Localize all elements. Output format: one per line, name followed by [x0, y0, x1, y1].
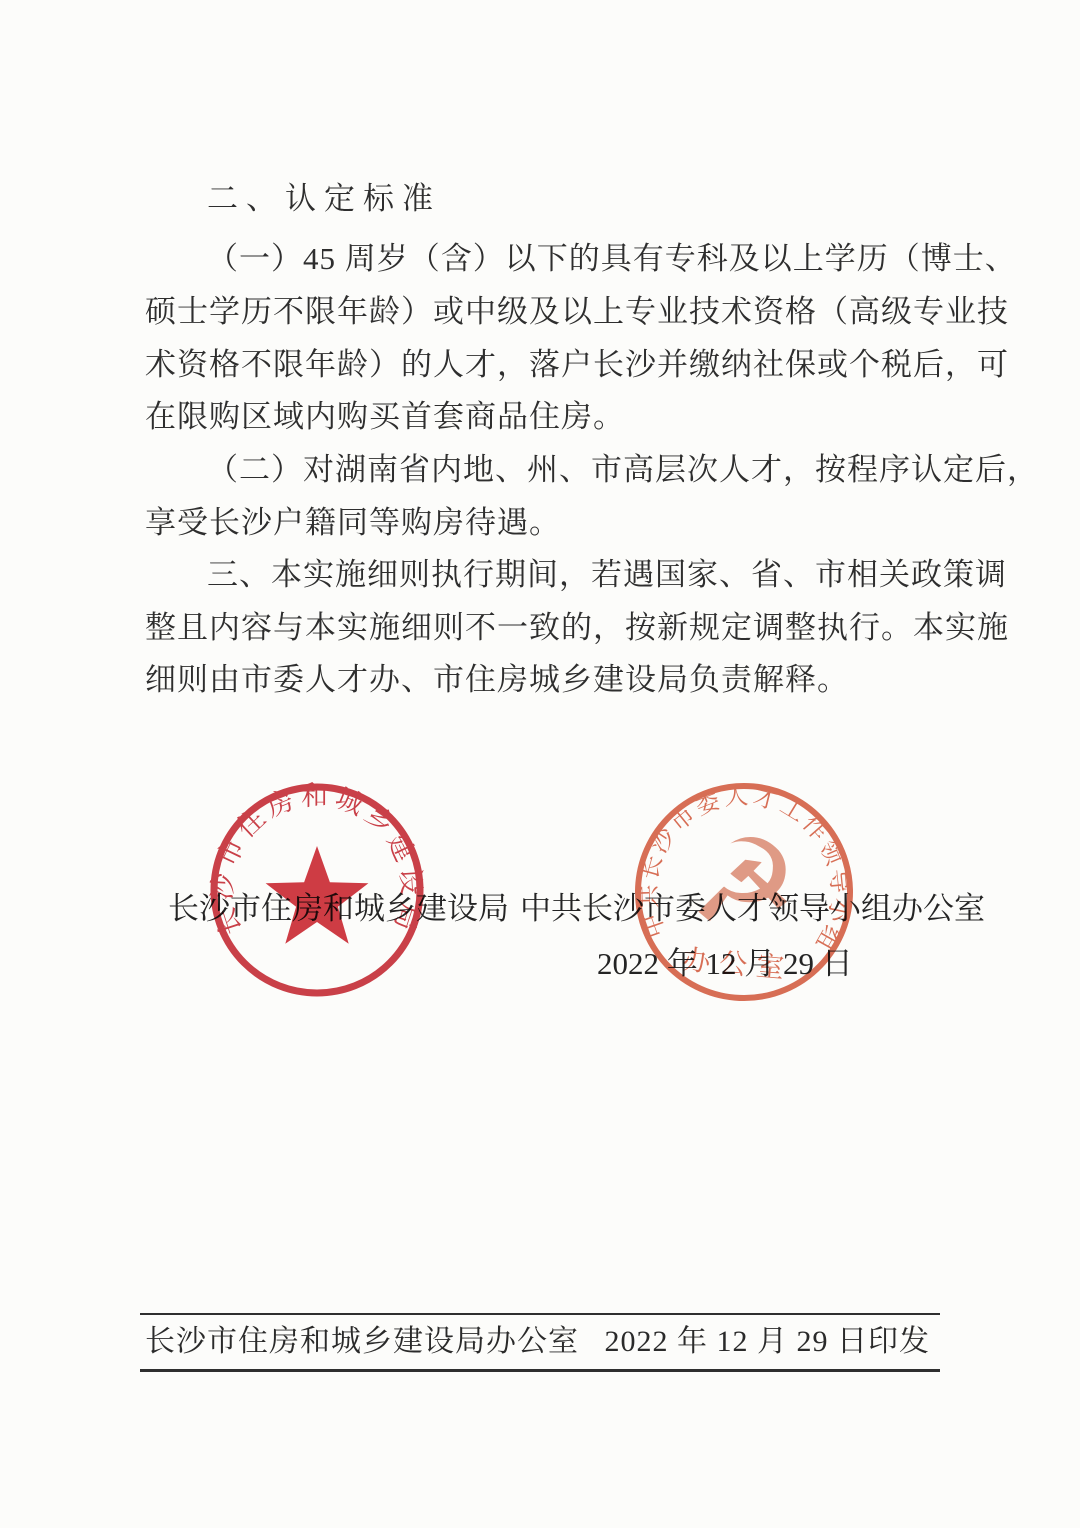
body-line: 硕士学历不限年龄）或中级及以上专业技术资格（高级专业技: [145, 296, 1009, 327]
star-icon: [266, 846, 369, 944]
body-line: 享受长沙户籍同等购房待遇。: [145, 507, 561, 538]
footer-print-date: 2022 年 12 月 29 日印发: [605, 1327, 931, 1357]
footer-issuer: 长沙市住房和城乡建设局办公室: [145, 1327, 579, 1357]
official-seal-right: ☭ 中共长沙市委人才工作领导小组 办公室: [622, 770, 867, 1015]
footer-rule-bottom: [140, 1369, 940, 1372]
document-page: 二、认定标准 （一）45 周岁（含）以下的具有专科及以上学历（博士、 硕士学历不…: [0, 0, 1080, 1528]
footer-rule-top: [140, 1313, 940, 1315]
body-line: 整且内容与本实施细则不一致的，按新规定调整执行。本实施: [145, 612, 1009, 643]
seal-right-graphic: ☭ 中共长沙市委人才工作领导小组 办公室: [622, 770, 867, 1015]
seal-left-graphic: 长沙市住房和城乡建设局: [207, 780, 427, 1000]
body-line: （二）对湖南省内地、州、市高层次人才，按程序认定后，: [207, 454, 1039, 485]
body-line: 三、本实施细则执行期间，若遇国家、省、市相关政策调: [207, 559, 1007, 590]
hammer-sickle-icon: ☭: [685, 810, 804, 958]
body-line: （一）45 周岁（含）以下的具有专科及以上学历（博士、: [207, 243, 1017, 274]
body-line: 细则由市委人才办、市住房城乡建设局负责解释。: [145, 664, 849, 695]
body-line: 在限购区域内购买首套商品住房。: [145, 401, 625, 432]
body-line: 术资格不限年龄）的人才，落户长沙并缴纳社保或个税后，可: [145, 349, 1009, 380]
official-seal-left: 长沙市住房和城乡建设局: [207, 780, 427, 1000]
section-heading: 二、认定标准: [207, 183, 441, 214]
